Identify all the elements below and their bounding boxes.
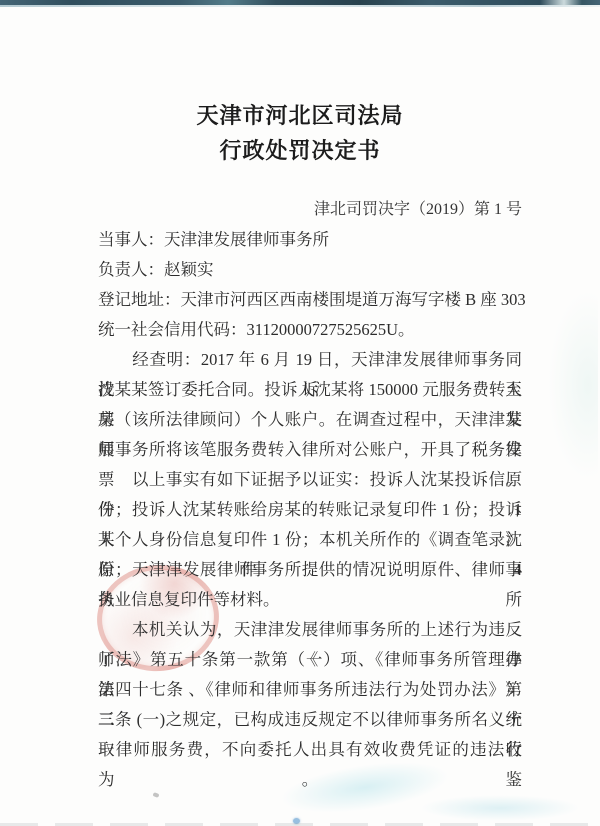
credit-code-line: 统一社会信用代码：31120000727525625U。 <box>98 315 522 345</box>
title-line-doctype: 行政处罚决定书 <box>0 133 600 168</box>
document-title: 天津市河北区司法局 行政处罚决定书 <box>0 98 600 168</box>
responsible-person-line: 负责人：赵颖实 <box>98 255 522 285</box>
findings-line-2: 沈某某签订委托合同。投诉人沈某将 150000 元服务费转至房某 <box>98 375 522 405</box>
findings-line-4: 师事务所将该笔服务费转入律所对公账户，开具了税务发票。 <box>98 435 522 465</box>
document-body: 当事人：天津津发展律师事务所 负责人：赵颖实 登记地址：天津市河西区西南楼围堤道… <box>98 225 522 765</box>
registered-address-line: 登记地址：天津市河西区西南楼围堤道万海写字楼 B 座 303 <box>98 285 522 315</box>
party-line: 当事人：天津津发展律师事务所 <box>98 225 522 255</box>
opinion-line-3: 第四十七条 、《律师和律师事务所违法行为处罚办法》第二十 <box>98 675 522 705</box>
opinion-line-2: 师法》第五十条第一款第（一）项、《律师事务所管理办法》 <box>98 645 522 675</box>
scan-smudge-cyan-2 <box>420 795 580 821</box>
evidence-line-3: 某个人身份信息复印件 1 份；本机关所作的《调查笔录》原件 4 <box>98 525 522 555</box>
evidence-line-2: 份；投诉人沈某转账给房某的转账记录复印件 1 份；投诉人沈 <box>98 495 522 525</box>
penalty-decision-document: 天津市河北区司法局 行政处罚决定书 津北司罚决字（2019）第 1 号 当事人：… <box>0 0 600 826</box>
scan-smudge-right-edge <box>548 290 598 480</box>
opinion-line-1: 本机关认为，天津津发展律师事务所的上述行为违反了《律 <box>98 615 522 645</box>
evidence-line-1: 以上事实有如下证据予以证实：投诉人沈某投诉信原件 1 <box>98 465 522 495</box>
evidence-line-4: 份；天津津发展律师事务所提供的情况说明原件、律师事务所 <box>98 555 522 585</box>
scan-edge-top-highlight <box>0 5 600 7</box>
opinion-line-4: 三条 (一)之规定，已构成违反规定不以律师事务所名义统一收 <box>98 705 522 735</box>
opinion-line-5: 取律师服务费，不向委托人出具有效收费凭证的违法行为。鉴 <box>98 735 522 765</box>
findings-line-3: 某（该所法律顾问）个人账户。在调查过程中，天津津发展律 <box>98 405 522 435</box>
document-number: 津北司罚决字（2019）第 1 号 <box>98 195 522 225</box>
ink-speck-gray <box>152 792 159 798</box>
title-line-authority: 天津市河北区司法局 <box>0 98 600 133</box>
findings-line-1: 经查明：2017 年 6 月 19 日，天津津发展律师事务同投诉人 <box>98 345 522 375</box>
